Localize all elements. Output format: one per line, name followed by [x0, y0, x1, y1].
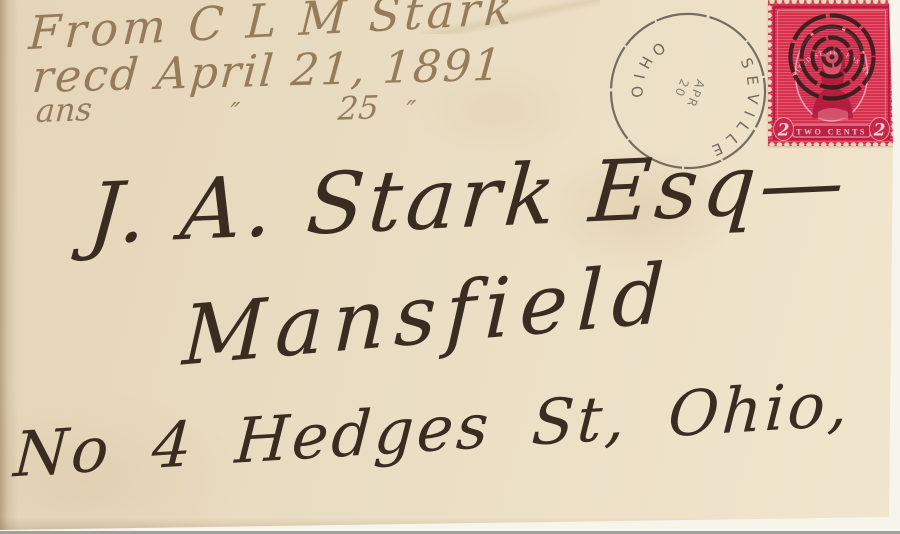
postmark-state-text: OHIO	[617, 34, 672, 114]
scanned-envelope-image: From C L M Stark recd April 21, 1891 ans…	[0, 0, 900, 534]
note-ditto-mark: ″	[405, 98, 417, 124]
address-line-city: Mansfield	[181, 253, 675, 378]
envelope: From C L M Stark recd April 21, 1891 ans…	[0, 0, 900, 534]
note-ans-label: ans	[35, 93, 93, 127]
postage-stamp: UNITED STATES POSTAGE TWO CENTS 2 2	[768, 0, 895, 146]
svg-text:OHIO: OHIO	[617, 34, 672, 114]
address-line-recipient: J. A. Stark Esq—	[85, 139, 851, 257]
address-line-street-state: No 4 Hedges St, Ohio,	[12, 373, 852, 487]
note-ditto-mark: ″	[229, 100, 241, 126]
stamp-denomination-right: 2	[873, 121, 886, 141]
note-received-line: recd April 21, 1891	[31, 44, 505, 100]
note-answered-day: 25	[337, 91, 380, 125]
